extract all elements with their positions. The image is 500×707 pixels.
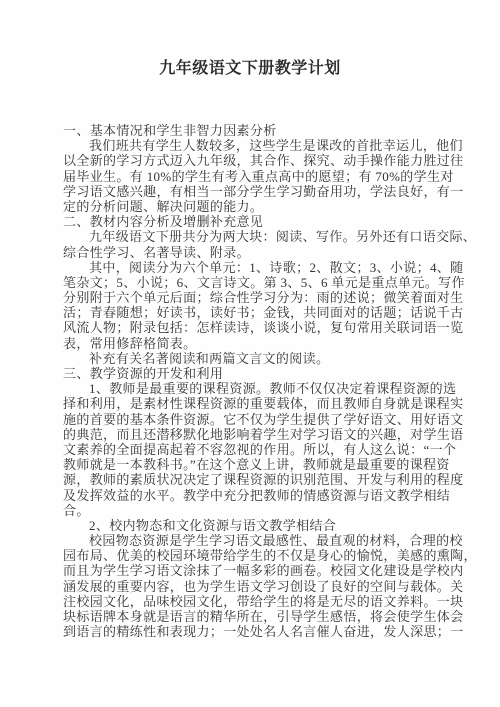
text-line: 届毕业生。有 10%的学生有考入重点高中的愿望；有 70%的学生对 xyxy=(63,169,439,184)
text-line: 补充有关名著阅读和两篇文言文的阅读。 xyxy=(63,351,439,366)
text-line: 其中，阅读分为六个单元：1、诗歌；2、散文；3、小说；4、随 xyxy=(63,260,439,275)
text-line: 块标语牌本身就是语言的精华所在，引导学生感悟，将会使学生体会 xyxy=(63,609,439,624)
text-line: 综合性学习、名著导读、附录。 xyxy=(63,245,439,260)
document-body: 一、基本情况和学生非智力因素分析我们班共有学生人数较多，这些学生是课改的首批幸运… xyxy=(63,123,439,639)
text-line: 定的分析问题、解决问题的能力。 xyxy=(63,199,439,214)
text-line: 我们班共有学生人数较多，这些学生是课改的首批幸运儿，他们 xyxy=(63,138,439,153)
text-line: 到语言的精练性和表现力；一处处名人名言催人奋进，发人深思；一 xyxy=(63,624,439,639)
text-line: 分别附于六个单元后面；综合性学习分为：雨的述说；微笑着面对生 xyxy=(63,290,439,305)
text-line: 择和利用，是素材性课程资源的重要载体，而且教师自身就是课程实 xyxy=(63,396,439,411)
text-line: 合。 xyxy=(63,503,439,518)
text-line: 源，教师的素质状况决定了课程资源的识别范围、开发与利用的程度 xyxy=(63,472,439,487)
text-line: 2、校内物态和文化资源与语文教学相结合 xyxy=(63,518,439,533)
document-page: 九年级语文下册教学计划 一、基本情况和学生非智力因素分析我们班共有学生人数较多，… xyxy=(0,0,500,707)
text-line: 1、教师是最重要的课程资源。教师不仅仅决定着课程资源的选 xyxy=(63,381,439,396)
text-line: 教师就是一本教科书。”在这个意义上讲，教师就是最重要的课程资 xyxy=(63,457,439,472)
text-line: 注校园文化，品味校园文化，带给学生的将是无尽的语文养料。一块 xyxy=(63,594,439,609)
text-line: 一、基本情况和学生非智力因素分析 xyxy=(63,123,439,138)
text-line: 二、教材内容分析及增删补充意见 xyxy=(63,214,439,229)
text-line: 笔杂文；5、小说；6、文言诗文。第 3、5、6 单元是重点单元。写作 xyxy=(63,275,439,290)
document-title: 九年级语文下册教学计划 xyxy=(0,55,500,78)
text-line: 三、教学资源的开发和利用 xyxy=(63,366,439,381)
text-line: 施的首要的基本条件资源。它不仅为学生提供了学好语文、用好语文 xyxy=(63,412,439,427)
text-line: 学习语文感兴趣，有相当一部分学生学习勤奋用功，学法良好，有一 xyxy=(63,184,439,199)
text-line: 园布局、优美的校园环境带给学生的不仅是身心的愉悦，美感的熏陶， xyxy=(63,548,439,563)
text-line: 而且为学生学习语文涂抹了一幅多彩的画卷。校园文化建设是学校内 xyxy=(63,563,439,578)
text-line: 风流人物；附录包括：怎样读诗，谈谈小说，复句常用关联词语一览 xyxy=(63,320,439,335)
text-line: 的典范，而且还潜移默化地影响着学生对学习语文的兴趣，对学生语 xyxy=(63,427,439,442)
text-line: 文素养的全面提高起着不容忽视的作用。所以，有人这么说：“一个 xyxy=(63,442,439,457)
text-line: 九年级语文下册共分为两大块：阅读、写作。另外还有口语交际、 xyxy=(63,229,439,244)
text-line: 校园物态资源是学生学习语文最感性、最直观的材料，合理的校 xyxy=(63,533,439,548)
text-line: 表，常用修辞格简表。 xyxy=(63,336,439,351)
text-line: 及发挥效益的水平。教学中充分把教师的情感资源与语文教学相结 xyxy=(63,488,439,503)
text-line: 活；青春随想；好读书，读好书；金钱，共同面对的话题；话说千古 xyxy=(63,305,439,320)
text-line: 涵发展的重要内容，也为学生语文学习创设了良好的空间与载体。关 xyxy=(63,579,439,594)
text-line: 以全新的学习方式迈入九年级，其合作、探究、动手操作能力胜过往 xyxy=(63,153,439,168)
